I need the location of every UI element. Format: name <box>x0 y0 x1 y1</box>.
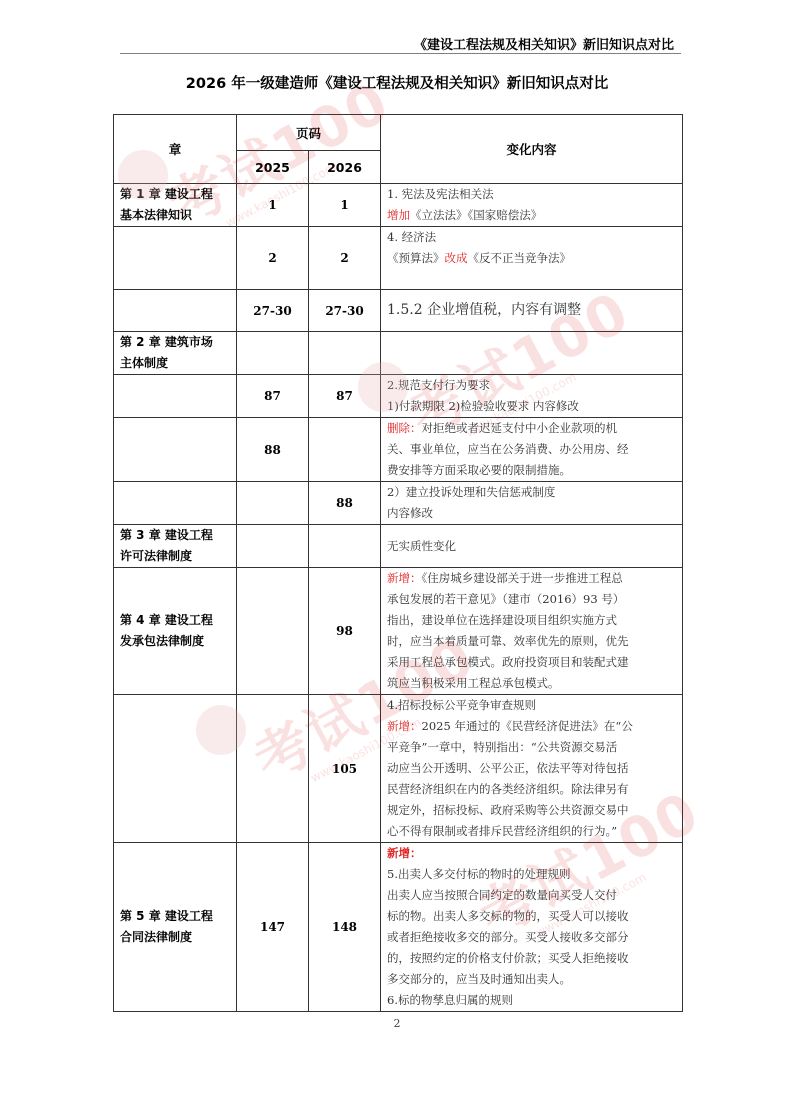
content-text: 1. 宪法及宪法相关法 <box>387 187 494 201</box>
header-chapter: 章 <box>114 115 237 184</box>
content-line: 关、事业单位，应当在公务消费、办公用房、经 <box>387 439 678 460</box>
content-line: 民营经济组织在内的各类经济组织。除法律另有 <box>387 779 678 800</box>
change-marker: 新增： <box>387 571 422 585</box>
change-content-cell: 2.规范支付行为要求1)付款期限 2)检验验收要求 内容修改 <box>381 375 683 418</box>
header-divider <box>120 53 681 54</box>
chapter-cell: 第 4 章 建设工程发承包法律制度 <box>114 568 237 695</box>
content-text: 关、事业单位，应当在公务消费、办公用房、经 <box>387 442 629 456</box>
change-marker: 增加 <box>387 208 410 222</box>
chapter-cell: 第 5 章 建设工程合同法律制度 <box>114 843 237 1012</box>
content-text: 民营经济组织在内的各类经济组织。除法律另有 <box>387 782 629 796</box>
chapter-label: 许可法律制度 <box>120 546 236 567</box>
content-text: 2025 年通过的《民营经济促进法》在“公 <box>422 719 633 733</box>
content-line: 规定外，招标投标、政府采购等公共资源交易中 <box>387 800 678 821</box>
page-2025-cell: 87 <box>237 375 309 418</box>
content-text: 费安排等方面采取必要的限制措施。 <box>387 463 571 477</box>
change-content-cell: 1.5.2 企业增值税，内容有调整 <box>381 290 683 332</box>
content-line: 心不得有限制或者排斥民营经济组织的行为。” <box>387 821 678 842</box>
table-row: 87872.规范支付行为要求1)付款期限 2)检验验收要求 内容修改 <box>114 375 683 418</box>
chapter-label: 第 2 章 建筑市场 <box>120 332 236 353</box>
content-line: 删除：对拒绝或者迟延支付中小企业款项的机 <box>387 418 678 439</box>
chapter-label: 第 3 章 建设工程 <box>120 525 236 546</box>
header-year-2025: 2025 <box>237 151 309 184</box>
content-line: 《预算法》改成《反不正当竞争法》 <box>387 248 678 269</box>
content-line: 采用工程总承包模式。政府投资项目和装配式建 <box>387 652 678 673</box>
content-line: 5.出卖人多交付标的物时的处理规则 <box>387 864 678 885</box>
content-line: 的，按照约定的价格支付价款；买受人拒绝接收 <box>387 948 678 969</box>
content-text: 《预算法》 <box>387 251 445 265</box>
page-2025-cell: 27-30 <box>237 290 309 332</box>
chapter-label: 合同法律制度 <box>120 927 236 948</box>
content-line: 平竞争”一章中，特别指出：“公共资源交易活 <box>387 737 678 758</box>
chapter-label: 第 4 章 建设工程 <box>120 610 236 631</box>
table-row: 第 2 章 建筑市场主体制度 <box>114 332 683 375</box>
change-content-cell: 4. 经济法《预算法》改成《反不正当竞争法》 <box>381 227 683 290</box>
content-line: 2.规范支付行为要求 <box>387 375 678 396</box>
content-text: 动应当公开透明、公平公正，依法平等对待包括 <box>387 761 629 775</box>
content-text: 1.5.2 企业增值税，内容有调整 <box>387 302 581 318</box>
content-text: 1)付款期限 2)检验验收要求 内容修改 <box>387 399 579 413</box>
page-2026-cell: 87 <box>309 375 381 418</box>
content-text: 时，应当本着质量可靠、效率优先的原则，优先 <box>387 634 629 648</box>
change-content-cell: 2）建立投诉处理和失信惩戒制度内容修改 <box>381 482 683 525</box>
content-line: 筑应当积极采用工程总承包模式。 <box>387 673 678 694</box>
content-text: 的，按照约定的价格支付价款；买受人拒绝接收 <box>387 951 629 965</box>
table-row: 224. 经济法《预算法》改成《反不正当竞争法》 <box>114 227 683 290</box>
chapter-label: 第 5 章 建设工程 <box>120 906 236 927</box>
content-text: 4. 经济法 <box>387 230 436 244</box>
change-content-cell: 无实质性变化 <box>381 525 683 568</box>
content-text: 心不得有限制或者排斥民营经济组织的行为。” <box>387 824 617 838</box>
content-text: 6.标的物孳息归属的规则 <box>387 993 513 1007</box>
page-2026-cell: 27-30 <box>309 290 381 332</box>
content-line: 多交部分的，应当及时通知出卖人。 <box>387 969 678 990</box>
table-row: 第 4 章 建设工程发承包法律制度98新增：《住房城乡建设部关于进一步推进工程总… <box>114 568 683 695</box>
content-text: 承包发展的若干意见》（建市（2016）93 号） <box>387 592 624 606</box>
content-line: 新增：《住房城乡建设部关于进一步推进工程总 <box>387 568 678 589</box>
document-title: 2026 年一级建造师《建设工程法规及相关知识》新旧知识点对比 <box>0 72 794 93</box>
change-marker: 删除： <box>387 421 422 435</box>
content-text: 采用工程总承包模式。政府投资项目和装配式建 <box>387 655 629 669</box>
chapter-cell: 第 1 章 建设工程基本法律知识 <box>114 184 237 227</box>
content-line: 时，应当本着质量可靠、效率优先的原则，优先 <box>387 631 678 652</box>
change-marker: 改成 <box>445 251 468 265</box>
table-row: 27-3027-301.5.2 企业增值税，内容有调整 <box>114 290 683 332</box>
change-marker: 新增： <box>387 719 422 733</box>
page-2025-cell: 2 <box>237 227 309 290</box>
change-marker: 新增： <box>387 846 422 860</box>
page-2025-cell <box>237 525 309 568</box>
change-content-cell: 删除：对拒绝或者迟延支付中小企业款项的机关、事业单位，应当在公务消费、办公用房、… <box>381 418 683 482</box>
content-text: 对拒绝或者迟延支付中小企业款项的机 <box>422 421 618 435</box>
content-line: 6.标的物孳息归属的规则 <box>387 990 678 1011</box>
content-text: 《反不正当竞争法》 <box>468 251 572 265</box>
page-2025-cell: 1 <box>237 184 309 227</box>
content-text: 规定外，招标投标、政府采购等公共资源交易中 <box>387 803 629 817</box>
content-text: 或者拒绝接收多交的部分。买受人接收多交部分 <box>387 930 629 944</box>
content-text: 内容修改 <box>387 506 433 520</box>
content-line: 动应当公开透明、公平公正，依法平等对待包括 <box>387 758 678 779</box>
content-line: 新增：2025 年通过的《民营经济促进法》在“公 <box>387 716 678 737</box>
chapter-label: 第 1 章 建设工程 <box>120 184 236 205</box>
content-text: 5.出卖人多交付标的物时的处理规则 <box>387 867 570 881</box>
page-2025-cell <box>237 332 309 375</box>
content-line: 无实质性变化 <box>387 536 678 557</box>
page-2025-cell <box>237 695 309 843</box>
table-row: 88删除：对拒绝或者迟延支付中小企业款项的机关、事业单位，应当在公务消费、办公用… <box>114 418 683 482</box>
content-line: 或者拒绝接收多交的部分。买受人接收多交部分 <box>387 927 678 948</box>
chapter-cell <box>114 290 237 332</box>
chapter-cell <box>114 375 237 418</box>
content-line: 指出，建设单位在选择建设项目组织实施方式 <box>387 610 678 631</box>
header-content: 变化内容 <box>381 115 683 184</box>
page-2026-cell: 1 <box>309 184 381 227</box>
content-line: 新增： <box>387 843 678 864</box>
change-content-cell: 1. 宪法及宪法相关法增加《立法法》《国家赔偿法》 <box>381 184 683 227</box>
content-line: 出卖人应当按照合同约定的数量向买受人交付 <box>387 885 678 906</box>
page-2026-cell <box>309 418 381 482</box>
page-2025-cell <box>237 482 309 525</box>
table-body: 第 1 章 建设工程基本法律知识111. 宪法及宪法相关法增加《立法法》《国家赔… <box>114 184 683 1012</box>
chapter-cell: 第 3 章 建设工程许可法律制度 <box>114 525 237 568</box>
comparison-table: 章 页码 变化内容 2025 2026 第 1 章 建设工程基本法律知识111.… <box>113 114 683 1012</box>
chapter-cell <box>114 227 237 290</box>
content-line: 1.5.2 企业增值税，内容有调整 <box>387 300 678 321</box>
chapter-label: 发承包法律制度 <box>120 631 236 652</box>
table-row: 882）建立投诉处理和失信惩戒制度内容修改 <box>114 482 683 525</box>
content-text: 平竞争”一章中，特别指出：“公共资源交易活 <box>387 740 617 754</box>
table-header-row: 章 页码 变化内容 <box>114 115 683 151</box>
page-2026-cell <box>309 525 381 568</box>
content-text: 4.招标投标公平竞争审查规则 <box>387 698 536 712</box>
page-2025-cell: 88 <box>237 418 309 482</box>
page-2026-cell: 2 <box>309 227 381 290</box>
content-text: 多交部分的，应当及时通知出卖人。 <box>387 972 571 986</box>
content-text: 《住房城乡建设部关于进一步推进工程总 <box>422 571 623 585</box>
content-line: 4. 经济法 <box>387 227 678 248</box>
content-text: 出卖人应当按照合同约定的数量向买受人交付 <box>387 888 617 902</box>
chapter-cell <box>114 418 237 482</box>
table-row: 第 1 章 建设工程基本法律知识111. 宪法及宪法相关法增加《立法法》《国家赔… <box>114 184 683 227</box>
content-line: 标的物。出卖人多交标的物的，买受人可以接收 <box>387 906 678 927</box>
content-text: 指出，建设单位在选择建设项目组织实施方式 <box>387 613 617 627</box>
content-line: 增加《立法法》《国家赔偿法》 <box>387 205 678 226</box>
content-text: 无实质性变化 <box>387 539 456 553</box>
content-text: 筑应当积极采用工程总承包模式。 <box>387 676 560 690</box>
content-line: 1. 宪法及宪法相关法 <box>387 184 678 205</box>
content-line: 1)付款期限 2)检验验收要求 内容修改 <box>387 396 678 417</box>
page-2025-cell <box>237 568 309 695</box>
header-page-group: 页码 <box>237 115 381 151</box>
table-row: 105 4.招标投标公平竞争审查规则新增：2025 年通过的《民营经济促进法》在… <box>114 695 683 843</box>
content-text: 2.规范支付行为要求 <box>387 378 490 392</box>
chapter-cell <box>114 482 237 525</box>
page-2025-cell: 147 <box>237 843 309 1012</box>
chapter-label: 主体制度 <box>120 353 236 374</box>
header-year-2026: 2026 <box>309 151 381 184</box>
page-2026-cell: 88 <box>309 482 381 525</box>
chapter-label: 基本法律知识 <box>120 205 236 226</box>
content-text: 标的物。出卖人多交标的物的，买受人可以接收 <box>387 909 629 923</box>
page-2026-cell: 105 <box>309 695 381 843</box>
content-line: 2）建立投诉处理和失信惩戒制度 <box>387 482 678 503</box>
change-content-cell <box>381 332 683 375</box>
content-line: 内容修改 <box>387 503 678 524</box>
content-line: 4.招标投标公平竞争审查规则 <box>387 695 678 716</box>
change-content-cell: 新增：《住房城乡建设部关于进一步推进工程总承包发展的若干意见》（建市（2016）… <box>381 568 683 695</box>
page-2026-cell: 148 <box>309 843 381 1012</box>
table-row: 第 3 章 建设工程许可法律制度无实质性变化 <box>114 525 683 568</box>
content-text: 2）建立投诉处理和失信惩戒制度 <box>387 485 555 499</box>
change-content-cell: 4.招标投标公平竞争审查规则新增：2025 年通过的《民营经济促进法》在“公平竞… <box>381 695 683 843</box>
content-line: 费安排等方面采取必要的限制措施。 <box>387 460 678 481</box>
chapter-cell <box>114 695 237 843</box>
page-2026-cell <box>309 332 381 375</box>
page-number: 2 <box>0 1017 794 1030</box>
content-text: 《立法法》《国家赔偿法》 <box>410 208 542 222</box>
page-2026-cell: 98 <box>309 568 381 695</box>
chapter-cell: 第 2 章 建筑市场主体制度 <box>114 332 237 375</box>
table-row: 第 5 章 建设工程合同法律制度147148新增：5.出卖人多交付标的物时的处理… <box>114 843 683 1012</box>
change-content-cell: 新增：5.出卖人多交付标的物时的处理规则出卖人应当按照合同约定的数量向买受人交付… <box>381 843 683 1012</box>
content-line: 承包发展的若干意见》（建市（2016）93 号） <box>387 589 678 610</box>
running-header-title: 《建设工程法规及相关知识》新旧知识点对比 <box>414 34 674 53</box>
